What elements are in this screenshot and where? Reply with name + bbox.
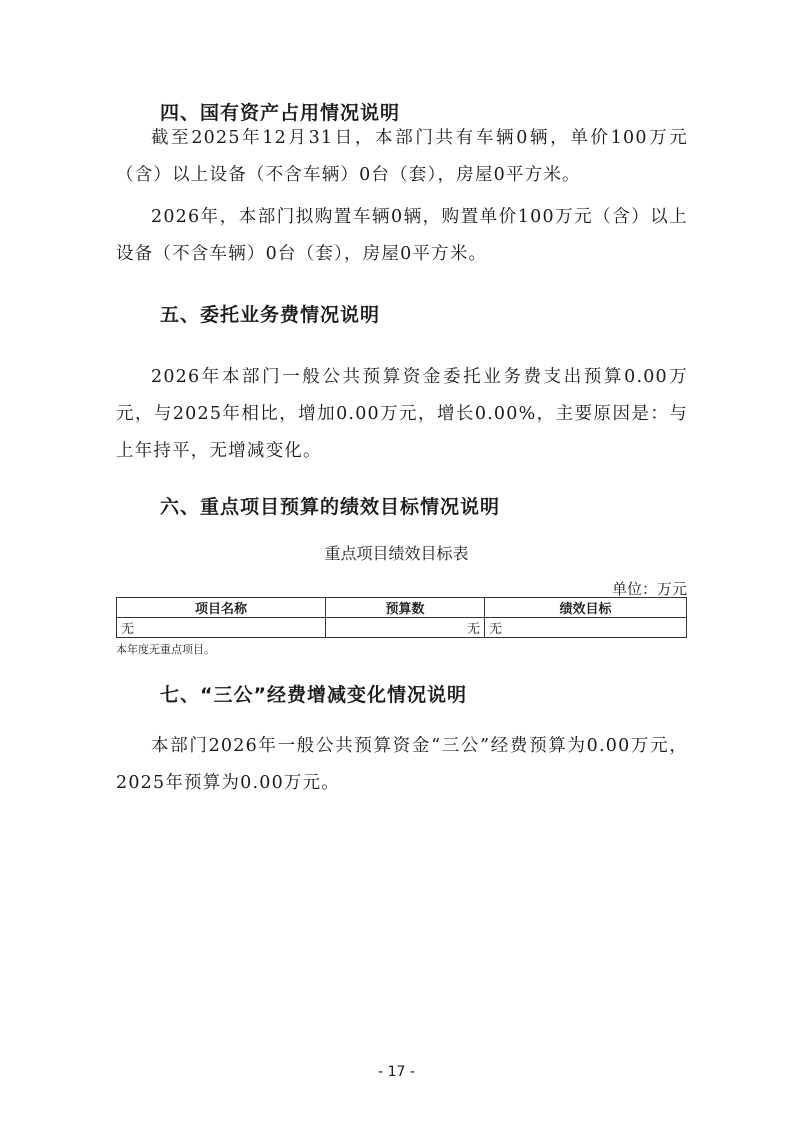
cell-budget: 无 (326, 618, 485, 638)
section-heading-commission: 五、委托业务费情况说明 (160, 300, 380, 327)
paragraph-commission: 2026年本部门一般公共预算资金委托业务费支出预算0.00万元，与2025年相比… (116, 359, 688, 470)
table-header-row: 项目名称 预算数 绩效目标 (117, 598, 687, 618)
table-row: 无 无 无 (117, 618, 687, 638)
cell-project-name: 无 (117, 618, 326, 638)
table-unit: 单位：万元 (612, 578, 687, 599)
section-heading-performance: 六、重点项目预算的绩效目标情况说明 (160, 492, 500, 519)
table-note: 本年度无重点项目。 (116, 641, 215, 657)
header-performance-goal: 绩效目标 (485, 598, 687, 618)
performance-table: 项目名称 预算数 绩效目标 无 无 无 (116, 597, 687, 638)
header-project-name: 项目名称 (117, 598, 326, 618)
section-heading-three-public: 七、“三公”经费增减变化情况说明 (160, 680, 467, 707)
page-number: - 17 - (0, 1064, 793, 1080)
header-budget: 预算数 (326, 598, 485, 618)
paragraph-three-public: 本部门2026年一般公共预算资金“三公”经费预算为0.00万元，2025年预算为… (116, 728, 688, 802)
paragraph-assets-2026: 2026年，本部门拟购置车辆0辆，购置单价100万元（含）以上设备（不含车辆）0… (116, 199, 688, 273)
paragraph-assets-2025: 截至2025年12月31日，本部门共有车辆0辆，单价100万元（含）以上设备（不… (116, 120, 688, 194)
table-caption: 重点项目绩效目标表 (0, 541, 793, 564)
cell-performance-goal: 无 (485, 618, 687, 638)
